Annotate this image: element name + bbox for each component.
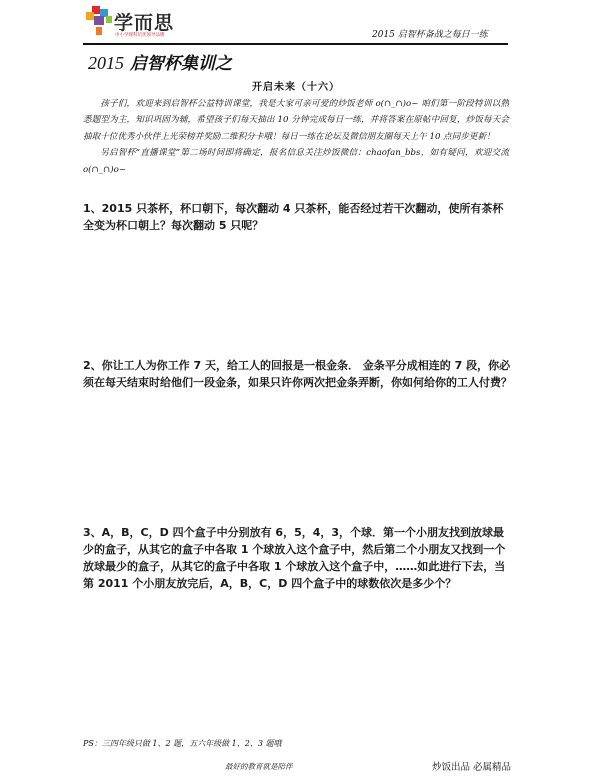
footer-credit: 炒饭出品 必属精品 [432,759,511,773]
document-subtitle: 开启未来（十六） [0,78,592,93]
ps-note: PS：三四年级只做 1、2 题，五六年级做 1、2、3 题哦 [83,738,281,749]
xueersi-logo: 学而思 中小学理科培优领导品牌 [86,6,246,40]
title-text: 启智杯集训之 [130,54,232,74]
intro-text: 孩子们，欢迎来到启智杯公益特训课堂，我是大家可亲可爱的炒饭老师 o(∩_∩)o~… [83,96,509,178]
question-3: 3、A，B，C，D 四个盒子中分别放有 6，5，4，3，个球．第一个小朋友找到放… [83,524,513,592]
document-title: 2015 启智杯集训之 [88,49,232,74]
header-divider [83,43,508,45]
logo-name: 学而思 [114,8,174,35]
intro-paragraph: 另启智杯“直播课堂”第二场时间即将确定，报名信息关注炒饭微信：chaofan_b… [83,145,509,178]
footer-motto: 最好的教育就是陪伴 [225,761,293,772]
logo-mark-icon [86,6,112,36]
question-1: 1、2015 只茶杯，杯口朝下，每次翻动 4 只茶杯，能否经过若干次翻动，使所有… [83,200,513,234]
title-year: 2015 [88,53,124,73]
intro-paragraph: 孩子们，欢迎来到启智杯公益特训课堂，我是大家可亲可爱的炒饭老师 o(∩_∩)o~… [83,96,509,145]
series-title: 2015 启智杯备战之每日一练 [372,27,488,40]
logo-slogan: 中小学理科培优领导品牌 [115,32,165,38]
question-2: 2、你让工人为你工作 7 天，给工人的回报是一根金条． 金条平分成相连的 7 段… [83,357,513,391]
